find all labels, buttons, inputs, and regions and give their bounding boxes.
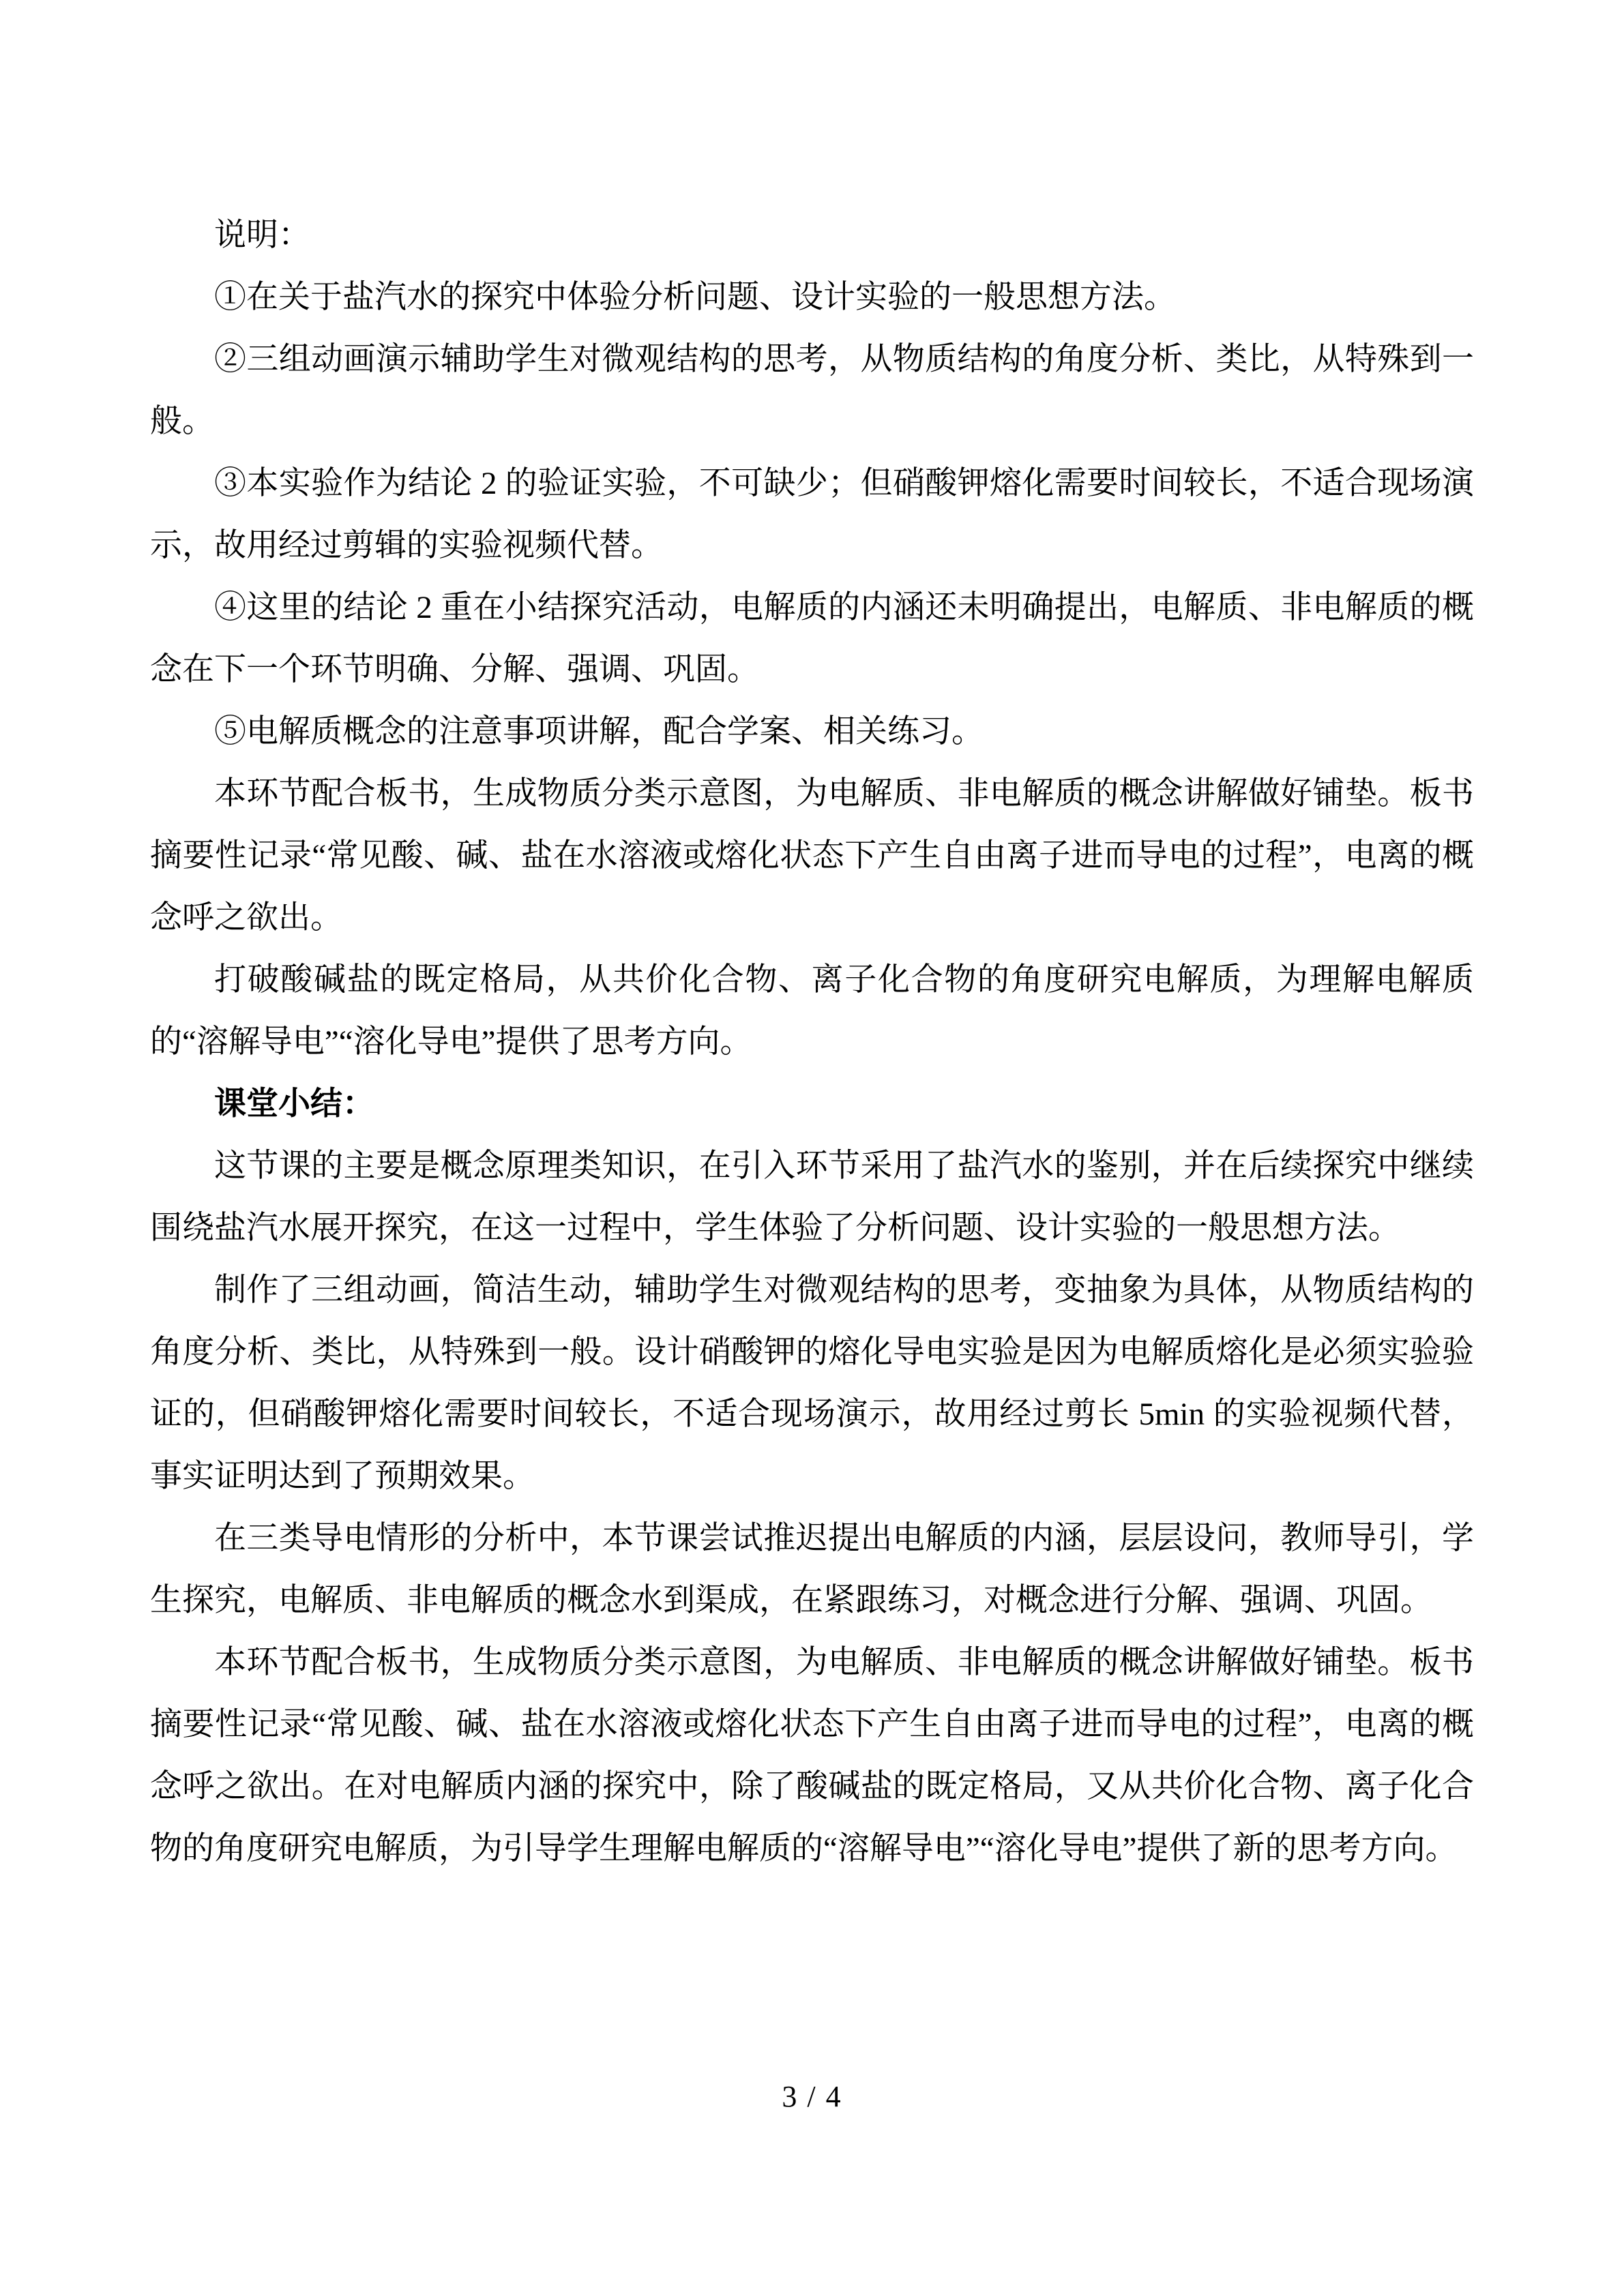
note-item-1: ①在关于盐汽水的探究中体验分析问题、设计实验的一般思想方法。 xyxy=(150,267,1474,329)
note-item-5: ⑤电解质概念的注意事项讲解，配合学案、相关练习。 xyxy=(150,701,1474,763)
page-number: 3 / 4 xyxy=(0,2073,1624,2121)
notes-heading: 说明： xyxy=(150,205,1474,267)
note-item-4: ④这里的结论 2 重在小结探究活动，电解质的内涵还未明确提出，电解质、非电解质的… xyxy=(150,577,1474,701)
document-page: 说明： ①在关于盐汽水的探究中体验分析问题、设计实验的一般思想方法。 ②三组动画… xyxy=(0,0,1624,2296)
note-item-3: ③本实验作为结论 2 的验证实验，不可缺少；但硝酸钾熔化需要时间较长，不适合现场… xyxy=(150,453,1474,577)
class-summary-paragraph-2: 制作了三组动画，简洁生动，辅助学生对微观结构的思考，变抽象为具体，从物质结构的角… xyxy=(150,1259,1474,1508)
class-summary-paragraph-1: 这节课的主要是概念原理类知识，在引入环节采用了盐汽水的鉴别，并在后续探究中继续围… xyxy=(150,1135,1474,1259)
class-summary-paragraph-3: 在三类导电情形的分析中，本节课尝试推迟提出电解质的内涵，层层设问，教师导引，学生… xyxy=(150,1508,1474,1632)
document-body: 说明： ①在关于盐汽水的探究中体验分析问题、设计实验的一般思想方法。 ②三组动画… xyxy=(150,205,1474,1880)
class-summary-heading: 课堂小结： xyxy=(150,1073,1474,1135)
breakthrough-paragraph: 打破酸碱盐的既定格局，从共价化合物、离子化合物的角度研究电解质，为理解电解质的“… xyxy=(150,949,1474,1073)
class-summary-paragraph-4: 本环节配合板书，生成物质分类示意图，为电解质、非电解质的概念讲解做好铺垫。板书摘… xyxy=(150,1632,1474,1880)
board-summary-paragraph: 本环节配合板书，生成物质分类示意图，为电解质、非电解质的概念讲解做好铺垫。板书摘… xyxy=(150,763,1474,949)
note-item-2: ②三组动画演示辅助学生对微观结构的思考，从物质结构的角度分析、类比，从特殊到一般… xyxy=(150,329,1474,453)
